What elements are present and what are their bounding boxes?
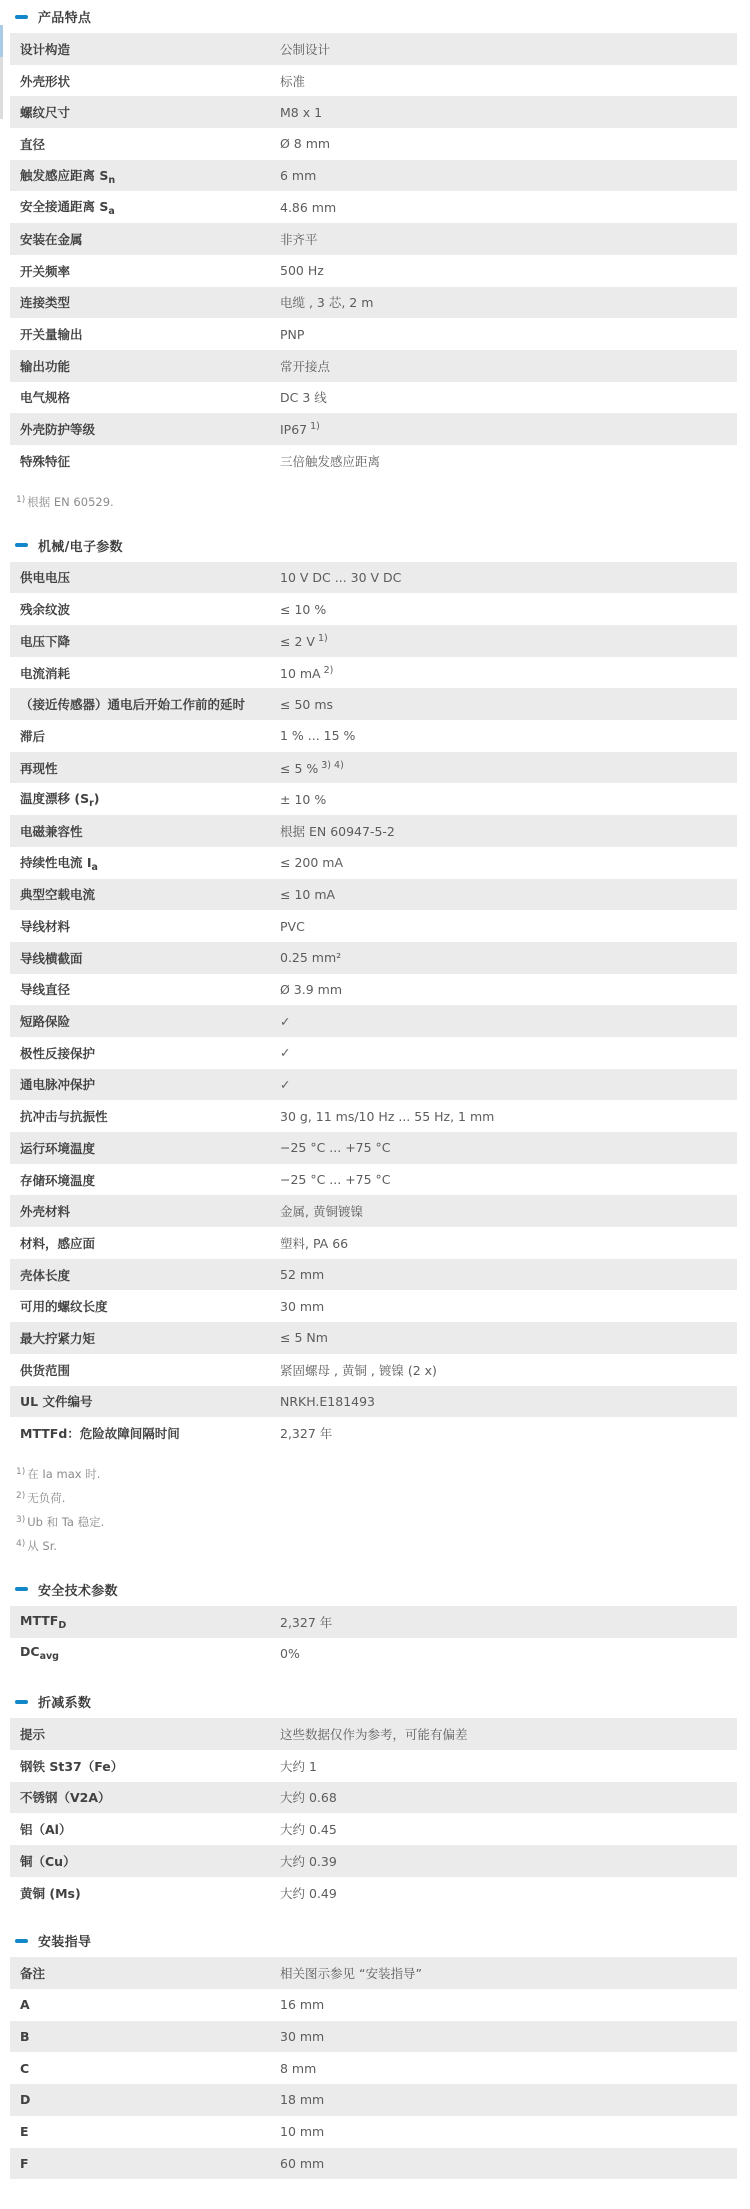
spec-value-text: ≤ 5 Nm bbox=[280, 1330, 328, 1345]
spec-label: 开关量输出 bbox=[10, 325, 280, 343]
spec-row: D18 mm bbox=[10, 2084, 737, 2116]
spec-label: 运行环境温度 bbox=[10, 1139, 280, 1157]
section-title: 安全技术参数 bbox=[38, 1580, 118, 1599]
spec-row: 导线材料PVC bbox=[10, 910, 737, 942]
spec-value-text: 30 g, 11 ms/10 Hz ... 55 Hz, 1 mm bbox=[280, 1109, 494, 1124]
spec-label-text: 设计构造 bbox=[20, 42, 70, 57]
spec-value-text: 16 mm bbox=[280, 1997, 324, 2012]
spec-value-text: 4.86 mm bbox=[280, 200, 336, 215]
spec-value-text: 大约 0.45 bbox=[280, 1822, 337, 1837]
spec-value-text: 2,327 年 bbox=[280, 1615, 332, 1630]
spec-value: 10 mm bbox=[280, 2124, 324, 2139]
spec-label: 短路保险 bbox=[10, 1012, 280, 1030]
spec-label: 残余纹波 bbox=[10, 600, 280, 618]
spec-label-text: D bbox=[20, 2092, 30, 2107]
spec-value-text: ≤ 10 % bbox=[280, 602, 326, 617]
spec-label-subscript: a bbox=[108, 206, 114, 217]
spec-row: 典型空载电流≤ 10 mA bbox=[10, 879, 737, 911]
spec-row: B30 mm bbox=[10, 2021, 737, 2053]
spec-value-footnote-ref: 1) bbox=[310, 421, 320, 432]
footnote-number: 3) bbox=[16, 1515, 25, 1525]
spec-value: 4.86 mm bbox=[280, 200, 336, 215]
spec-value-text: −25 °C ... +75 °C bbox=[280, 1140, 391, 1155]
spec-value-text: 大约 1 bbox=[280, 1759, 317, 1774]
spec-row: 提示这些数据仅作为参考，可能有偏差 bbox=[10, 1718, 737, 1750]
spec-label: A bbox=[10, 1997, 280, 2012]
spec-label-text: 铝（Al） bbox=[20, 1822, 71, 1837]
spec-label-text: 外壳防护等级 bbox=[20, 422, 95, 437]
spec-value: 金属, 黄铜镀镍 bbox=[280, 1202, 363, 1220]
spec-value-text: 60 mm bbox=[280, 2156, 324, 2171]
spec-row: （接近传感器）通电后开始工作前的延时≤ 50 ms bbox=[10, 688, 737, 720]
spec-label-text: 电气规格 bbox=[20, 390, 70, 405]
spec-label-text: 螺纹尺寸 bbox=[20, 105, 70, 120]
footnote-text: 无负荷. bbox=[27, 1491, 65, 1505]
spec-label-text: 输出功能 bbox=[20, 359, 70, 374]
section-header[interactable]: 折减系数 bbox=[10, 1689, 737, 1718]
spec-value: 标准 bbox=[280, 72, 305, 90]
spec-value: 三倍触发感应距离 bbox=[280, 452, 380, 470]
spec-section: 机械/电子参数供电电压10 V DC ... 30 V DC残余纹波≤ 10 %… bbox=[10, 533, 737, 1557]
spec-value-text: 500 Hz bbox=[280, 263, 324, 278]
spec-row: 外壳材料金属, 黄铜镀镍 bbox=[10, 1195, 737, 1227]
spec-label-text: 安全接通距离 S bbox=[20, 199, 108, 214]
spec-value: 500 Hz bbox=[280, 263, 324, 278]
footnote: 3)Ub 和 Ta 稳定. bbox=[16, 1509, 737, 1533]
section-footnotes: 1)在 Ia max 时.2)无负荷.3)Ub 和 Ta 稳定.4)从 Sr. bbox=[16, 1461, 737, 1557]
footnote-text: 从 Sr. bbox=[27, 1539, 57, 1553]
spec-label-text: 最大拧紧力矩 bbox=[20, 1331, 95, 1346]
spec-label-subscript: D bbox=[58, 1620, 66, 1631]
footnote: 1)根据 EN 60529. bbox=[16, 489, 737, 513]
spec-row: 触发感应距离 Sn6 mm bbox=[10, 160, 737, 192]
spec-value-text: 公制设计 bbox=[280, 42, 330, 57]
spec-value-text: 18 mm bbox=[280, 2092, 324, 2107]
spec-row: 黄铜 (Ms)大约 0.49 bbox=[10, 1877, 737, 1909]
spec-value: NRKH.E181493 bbox=[280, 1394, 375, 1409]
spec-label: 抗冲击与抗振性 bbox=[10, 1107, 280, 1125]
spec-row: 安装在金属非齐平 bbox=[10, 223, 737, 255]
spec-rows: MTTFD2,327 年DCavg0% bbox=[10, 1606, 737, 1669]
spec-label-text: C bbox=[20, 2061, 29, 2076]
spec-value: 这些数据仅作为参考，可能有偏差 bbox=[280, 1725, 468, 1743]
spec-label: E bbox=[10, 2124, 280, 2139]
spec-label-text: 开关频率 bbox=[20, 264, 70, 279]
spec-value: 公制设计 bbox=[280, 40, 330, 58]
spec-label: MTTFD bbox=[10, 1613, 280, 1631]
spec-label-text: 运行环境温度 bbox=[20, 1141, 95, 1156]
spec-label-subscript: a bbox=[92, 862, 98, 873]
spec-label-text: 极性反接保护 bbox=[20, 1046, 95, 1061]
spec-label-text: 铜（Cu） bbox=[20, 1854, 76, 1869]
spec-value: 塑料, PA 66 bbox=[280, 1234, 348, 1252]
spec-value-text: 标准 bbox=[280, 74, 305, 89]
spec-value: 2,327 年 bbox=[280, 1424, 332, 1442]
spec-label-text-post: ) bbox=[94, 791, 100, 806]
spec-row: 运行环境温度−25 °C ... +75 °C bbox=[10, 1132, 737, 1164]
spec-label-text: E bbox=[20, 2124, 29, 2139]
footnote-text: 根据 EN 60529. bbox=[27, 495, 113, 509]
spec-label: 输出功能 bbox=[10, 357, 280, 375]
spec-label-text: 钢铁 St37（Fe） bbox=[20, 1759, 123, 1774]
spec-label-text: A bbox=[20, 1997, 30, 2012]
spec-value: 0.25 mm² bbox=[280, 950, 341, 965]
section-header[interactable]: 产品特点 bbox=[10, 4, 737, 33]
spec-row: 电气规格DC 3 线 bbox=[10, 382, 737, 414]
spec-value: ≤ 10 % bbox=[280, 602, 326, 617]
footnote: 2)无负荷. bbox=[16, 1485, 737, 1509]
left-edge-strip bbox=[0, 25, 3, 119]
spec-label-text: 抗冲击与抗振性 bbox=[20, 1109, 108, 1124]
spec-value-footnote-ref: 1) bbox=[318, 633, 328, 644]
spec-row: 最大拧紧力矩≤ 5 Nm bbox=[10, 1322, 737, 1354]
spec-label-subscript: n bbox=[108, 175, 115, 186]
left-edge-strip-blue bbox=[0, 25, 3, 57]
spec-value: 大约 0.45 bbox=[280, 1820, 337, 1838]
section-header[interactable]: 安装指导 bbox=[10, 1928, 737, 1957]
spec-label: 安全接通距离 Sa bbox=[10, 197, 280, 217]
spec-label: 典型空载电流 bbox=[10, 885, 280, 903]
spec-value-text: 2,327 年 bbox=[280, 1426, 332, 1441]
spec-value-text: 30 mm bbox=[280, 1299, 324, 1314]
spec-value-text: ✓ bbox=[280, 1045, 290, 1060]
spec-row: 抗冲击与抗振性30 g, 11 ms/10 Hz ... 55 Hz, 1 mm bbox=[10, 1100, 737, 1132]
spec-row: C8 mm bbox=[10, 2052, 737, 2084]
spec-label: （接近传感器）通电后开始工作前的延时 bbox=[10, 695, 280, 713]
spec-label: 导线横截面 bbox=[10, 949, 280, 967]
spec-row: 供货范围紧固螺母 , 黄铜 , 镀镍 (2 x) bbox=[10, 1354, 737, 1386]
spec-value-text: ✓ bbox=[280, 1014, 290, 1029]
collapse-minus-icon[interactable] bbox=[15, 1939, 28, 1943]
spec-row: 备注相关图示参见 “安装指导” bbox=[10, 1957, 737, 1989]
spec-value: PNP bbox=[280, 327, 304, 342]
spec-value: 16 mm bbox=[280, 1997, 324, 2012]
spec-value: 紧固螺母 , 黄铜 , 镀镍 (2 x) bbox=[280, 1361, 437, 1379]
spec-value: M8 x 1 bbox=[280, 105, 322, 120]
spec-value-text: PNP bbox=[280, 327, 304, 342]
footnote-text: Ub 和 Ta 稳定. bbox=[27, 1515, 104, 1529]
spec-row: 滞后1 % ... 15 % bbox=[10, 720, 737, 752]
spec-row: 螺纹尺寸M8 x 1 bbox=[10, 96, 737, 128]
spec-label-text: B bbox=[20, 2029, 30, 2044]
spec-label-text: 持续性电流 I bbox=[20, 855, 92, 870]
collapse-minus-icon[interactable] bbox=[15, 543, 28, 547]
spec-row: 开关量输出PNP bbox=[10, 318, 737, 350]
spec-label-text: 直径 bbox=[20, 137, 45, 152]
spec-label: 螺纹尺寸 bbox=[10, 103, 280, 121]
spec-label: 设计构造 bbox=[10, 40, 280, 58]
spec-label-text: 外壳材料 bbox=[20, 1204, 70, 1219]
spec-value-text: ≤ 50 ms bbox=[280, 697, 333, 712]
spec-value-text: 金属, 黄铜镀镍 bbox=[280, 1204, 363, 1219]
spec-row: E10 mm bbox=[10, 2116, 737, 2148]
spec-value: Ø 3.9 mm bbox=[280, 982, 342, 997]
spec-label: 开关频率 bbox=[10, 262, 280, 280]
spec-label-text: 电流消耗 bbox=[20, 666, 70, 681]
spec-row: 导线直径Ø 3.9 mm bbox=[10, 974, 737, 1006]
spec-label-text: 特殊特征 bbox=[20, 454, 70, 469]
spec-row: 极性反接保护✓ bbox=[10, 1037, 737, 1069]
spec-value: 大约 0.49 bbox=[280, 1884, 337, 1902]
spec-label: 钢铁 St37（Fe） bbox=[10, 1757, 280, 1775]
left-edge-strip-gray bbox=[0, 57, 3, 119]
spec-row: 持续性电流 Ia≤ 200 mA bbox=[10, 847, 737, 879]
spec-value-text: 大约 0.68 bbox=[280, 1790, 337, 1805]
spec-value-text: 大约 0.39 bbox=[280, 1854, 337, 1869]
spec-value: 10 mA2) bbox=[280, 665, 333, 681]
spec-value-text: 52 mm bbox=[280, 1267, 324, 1282]
spec-row: 可用的螺纹长度30 mm bbox=[10, 1290, 737, 1322]
spec-value-text: ✓ bbox=[280, 1077, 290, 1092]
collapse-minus-icon[interactable] bbox=[15, 1587, 28, 1591]
spec-row: MTTFd：危险故障间隔时间2,327 年 bbox=[10, 1417, 737, 1449]
spec-row: 存储环境温度−25 °C ... +75 °C bbox=[10, 1164, 737, 1196]
spec-row: 残余纹波≤ 10 % bbox=[10, 593, 737, 625]
spec-row: A16 mm bbox=[10, 1989, 737, 2021]
spec-value: ≤ 10 mA bbox=[280, 887, 335, 902]
spec-value-text: ≤ 10 mA bbox=[280, 887, 335, 902]
section-title: 产品特点 bbox=[38, 7, 91, 26]
spec-label: MTTFd：危险故障间隔时间 bbox=[10, 1424, 280, 1442]
spec-value: 30 g, 11 ms/10 Hz ... 55 Hz, 1 mm bbox=[280, 1109, 494, 1124]
spec-label: 外壳防护等级 bbox=[10, 420, 280, 438]
spec-value: ± 10 % bbox=[280, 792, 326, 807]
spec-value-text: NRKH.E181493 bbox=[280, 1394, 375, 1409]
spec-label: 导线材料 bbox=[10, 917, 280, 935]
spec-row: 连接类型电缆 , 3 芯, 2 m bbox=[10, 287, 737, 319]
spec-label: D bbox=[10, 2092, 280, 2107]
spec-row: 再现性≤ 5 %3) 4) bbox=[10, 752, 737, 784]
spec-value-text: 30 mm bbox=[280, 2029, 324, 2044]
spec-value-text: DC 3 线 bbox=[280, 390, 327, 405]
spec-label: 再现性 bbox=[10, 759, 280, 777]
spec-value: 大约 0.39 bbox=[280, 1852, 337, 1870]
spec-value-text: IP67 bbox=[280, 422, 307, 437]
spec-row: 铝（Al）大约 0.45 bbox=[10, 1813, 737, 1845]
spec-label: 持续性电流 Ia bbox=[10, 853, 280, 873]
spec-value: 相关图示参见 “安装指导” bbox=[280, 1964, 422, 1982]
technical-data-page: 产品特点设计构造公制设计外壳形状标准螺纹尺寸M8 x 1直径Ø 8 mm触发感应… bbox=[0, 0, 750, 2209]
spec-value-text: 8 mm bbox=[280, 2061, 316, 2076]
section-title: 安装指导 bbox=[38, 1931, 91, 1950]
spec-label-text: 存储环境温度 bbox=[20, 1173, 95, 1188]
collapse-minus-icon[interactable] bbox=[15, 1700, 28, 1704]
footnote: 1)在 Ia max 时. bbox=[16, 1461, 737, 1485]
spec-row: 供电电压10 V DC ... 30 V DC bbox=[10, 562, 737, 594]
spec-row: 铜（Cu）大约 0.39 bbox=[10, 1845, 737, 1877]
spec-label-text: 安装在金属 bbox=[20, 232, 83, 247]
footnote-number: 1) bbox=[16, 1467, 25, 1477]
spec-value: 10 V DC ... 30 V DC bbox=[280, 570, 401, 585]
spec-row: 温度漂移 (Sr)± 10 % bbox=[10, 783, 737, 815]
spec-value: 非齐平 bbox=[280, 230, 318, 248]
spec-label: 最大拧紧力矩 bbox=[10, 1329, 280, 1347]
spec-value-text: 根据 EN 60947-5-2 bbox=[280, 824, 395, 839]
spec-row: 外壳形状标准 bbox=[10, 65, 737, 97]
spec-label: 直径 bbox=[10, 135, 280, 153]
spec-label: 备注 bbox=[10, 1964, 280, 1982]
spec-row: UL 文件编号NRKH.E181493 bbox=[10, 1386, 737, 1418]
spec-row: 设计构造公制设计 bbox=[10, 33, 737, 65]
spec-label-text: 供电电压 bbox=[20, 570, 70, 585]
spec-value: ≤ 5 Nm bbox=[280, 1330, 328, 1345]
footnote-number: 4) bbox=[16, 1539, 25, 1549]
spec-value: DC 3 线 bbox=[280, 388, 327, 406]
spec-value: ✓ bbox=[280, 1014, 290, 1029]
spec-value: −25 °C ... +75 °C bbox=[280, 1172, 391, 1187]
spec-label-text: MTTF bbox=[20, 1613, 58, 1628]
spec-label: 极性反接保护 bbox=[10, 1044, 280, 1062]
spec-rows: 设计构造公制设计外壳形状标准螺纹尺寸M8 x 1直径Ø 8 mm触发感应距离 S… bbox=[10, 33, 737, 477]
footnote: 4)从 Sr. bbox=[16, 1533, 737, 1557]
spec-value: Ø 8 mm bbox=[280, 136, 330, 151]
spec-value-footnote-ref: 3) 4) bbox=[321, 760, 344, 771]
section-header[interactable]: 机械/电子参数 bbox=[10, 533, 737, 562]
spec-label: 存储环境温度 bbox=[10, 1171, 280, 1189]
spec-label: 通电脉冲保护 bbox=[10, 1075, 280, 1093]
spec-row: 安全接通距离 Sa4.86 mm bbox=[10, 191, 737, 223]
spec-value-text: Ø 8 mm bbox=[280, 136, 330, 151]
spec-label: 壳体长度 bbox=[10, 1266, 280, 1284]
spec-label: 电压下降 bbox=[10, 632, 280, 650]
footnote-text: 在 Ia max 时. bbox=[27, 1467, 100, 1481]
spec-value: 常开接点 bbox=[280, 357, 330, 375]
spec-value: 大约 1 bbox=[280, 1757, 317, 1775]
spec-value: ✓ bbox=[280, 1045, 290, 1060]
collapse-minus-icon[interactable] bbox=[15, 15, 28, 19]
spec-label-text: UL 文件编号 bbox=[20, 1394, 92, 1409]
spec-value-text: 紧固螺母 , 黄铜 , 镀镍 (2 x) bbox=[280, 1363, 437, 1378]
spec-label-text: 开关量输出 bbox=[20, 327, 83, 342]
spec-label: UL 文件编号 bbox=[10, 1392, 280, 1410]
spec-label: 特殊特征 bbox=[10, 452, 280, 470]
spec-label-text: 通电脉冲保护 bbox=[20, 1077, 95, 1092]
spec-label: 提示 bbox=[10, 1725, 280, 1743]
spec-label: 安装在金属 bbox=[10, 230, 280, 248]
spec-value-text: 这些数据仅作为参考，可能有偏差 bbox=[280, 1727, 468, 1742]
spec-value-text: ≤ 200 mA bbox=[280, 855, 343, 870]
spec-value-text: 三倍触发感应距离 bbox=[280, 454, 380, 469]
spec-label-text: 再现性 bbox=[20, 761, 58, 776]
spec-row: F60 mm bbox=[10, 2148, 737, 2180]
spec-value-text: 0% bbox=[280, 1646, 300, 1661]
spec-label: 触发感应距离 Sn bbox=[10, 166, 280, 186]
spec-value-text: Ø 3.9 mm bbox=[280, 982, 342, 997]
spec-label-text: 电磁兼容性 bbox=[20, 824, 83, 839]
spec-label-text: 导线横截面 bbox=[20, 951, 83, 966]
spec-section: 安全技术参数MTTFD2,327 年DCavg0% bbox=[10, 1577, 737, 1669]
spec-row: 外壳防护等级IP671) bbox=[10, 413, 737, 445]
spec-value-text: ≤ 2 V bbox=[280, 634, 315, 649]
spec-label-text: 导线直径 bbox=[20, 982, 70, 997]
spec-label-text: 可用的螺纹长度 bbox=[20, 1299, 108, 1314]
spec-label-text: 壳体长度 bbox=[20, 1268, 70, 1283]
spec-value: 0% bbox=[280, 1646, 300, 1661]
spec-sections: 产品特点设计构造公制设计外壳形状标准螺纹尺寸M8 x 1直径Ø 8 mm触发感应… bbox=[10, 4, 737, 2179]
spec-value: 30 mm bbox=[280, 2029, 324, 2044]
section-title: 机械/电子参数 bbox=[38, 536, 123, 555]
spec-label-text: 温度漂移 (S bbox=[20, 791, 89, 806]
spec-label-subscript: avg bbox=[40, 1651, 59, 1662]
spec-label-text: 供货范围 bbox=[20, 1363, 70, 1378]
spec-value: 电缆 , 3 芯, 2 m bbox=[280, 293, 373, 311]
spec-label: 不锈钢（V2A） bbox=[10, 1788, 280, 1806]
spec-row: 电流消耗10 mA2) bbox=[10, 657, 737, 689]
spec-value: 根据 EN 60947-5-2 bbox=[280, 822, 395, 840]
spec-label: 材料，感应面 bbox=[10, 1234, 280, 1252]
section-footnotes: 1)根据 EN 60529. bbox=[16, 489, 737, 513]
spec-label: 可用的螺纹长度 bbox=[10, 1297, 280, 1315]
spec-label-text: MTTFd：危险故障间隔时间 bbox=[20, 1426, 180, 1441]
spec-label: 黄铜 (Ms) bbox=[10, 1884, 280, 1902]
spec-row: 导线横截面0.25 mm² bbox=[10, 942, 737, 974]
spec-label: 滞后 bbox=[10, 727, 280, 745]
spec-value-text: M8 x 1 bbox=[280, 105, 322, 120]
spec-row: 不锈钢（V2A）大约 0.68 bbox=[10, 1782, 737, 1814]
spec-label-text: 短路保险 bbox=[20, 1014, 70, 1029]
spec-value: 2,327 年 bbox=[280, 1613, 332, 1631]
spec-section: 安装指导备注相关图示参见 “安装指导”A16 mmB30 mmC8 mmD18 … bbox=[10, 1928, 737, 2179]
spec-label: 铝（Al） bbox=[10, 1820, 280, 1838]
spec-value: ≤ 5 %3) 4) bbox=[280, 760, 344, 776]
spec-label-text: F bbox=[20, 2156, 29, 2171]
spec-row: 电压下降≤ 2 V1) bbox=[10, 625, 737, 657]
spec-label-text: 不锈钢（V2A） bbox=[20, 1790, 111, 1805]
spec-row: 钢铁 St37（Fe）大约 1 bbox=[10, 1750, 737, 1782]
spec-value: ≤ 50 ms bbox=[280, 697, 333, 712]
spec-value: 1 % ... 15 % bbox=[280, 728, 355, 743]
spec-row: 开关频率500 Hz bbox=[10, 255, 737, 287]
section-header[interactable]: 安全技术参数 bbox=[10, 1577, 737, 1606]
spec-row: 短路保险✓ bbox=[10, 1005, 737, 1037]
spec-label-text: 连接类型 bbox=[20, 295, 70, 310]
spec-label: F bbox=[10, 2156, 280, 2171]
spec-label-text: 残余纹波 bbox=[20, 602, 70, 617]
spec-label-text: DC bbox=[20, 1644, 40, 1659]
spec-value: 30 mm bbox=[280, 1299, 324, 1314]
spec-label: 连接类型 bbox=[10, 293, 280, 311]
spec-value-text: ± 10 % bbox=[280, 792, 326, 807]
spec-label-text: 备注 bbox=[20, 1966, 45, 1981]
spec-value: 18 mm bbox=[280, 2092, 324, 2107]
spec-value: ✓ bbox=[280, 1077, 290, 1092]
spec-rows: 备注相关图示参见 “安装指导”A16 mmB30 mmC8 mmD18 mmE1… bbox=[10, 1957, 737, 2179]
spec-label: 供电电压 bbox=[10, 568, 280, 586]
spec-label: 外壳形状 bbox=[10, 72, 280, 90]
spec-label-text: 导线材料 bbox=[20, 919, 70, 934]
spec-value: −25 °C ... +75 °C bbox=[280, 1140, 391, 1155]
spec-value: 8 mm bbox=[280, 2061, 316, 2076]
spec-label: 电流消耗 bbox=[10, 664, 280, 682]
footnote-number: 1) bbox=[16, 495, 25, 505]
spec-value-text: 10 mm bbox=[280, 2124, 324, 2139]
spec-value-text: 10 V DC ... 30 V DC bbox=[280, 570, 401, 585]
spec-row: 输出功能常开接点 bbox=[10, 350, 737, 382]
spec-label-text: 滞后 bbox=[20, 729, 45, 744]
spec-row: MTTFD2,327 年 bbox=[10, 1606, 737, 1638]
footnote-number: 2) bbox=[16, 1491, 25, 1501]
spec-row: 特殊特征三倍触发感应距离 bbox=[10, 445, 737, 477]
spec-value: 52 mm bbox=[280, 1267, 324, 1282]
spec-value-text: 常开接点 bbox=[280, 359, 330, 374]
spec-label: DCavg bbox=[10, 1644, 280, 1662]
spec-rows: 供电电压10 V DC ... 30 V DC残余纹波≤ 10 %电压下降≤ 2… bbox=[10, 562, 737, 1449]
spec-value-text: 非齐平 bbox=[280, 232, 318, 247]
spec-label-text: 材料，感应面 bbox=[20, 1236, 95, 1251]
spec-row: 壳体长度52 mm bbox=[10, 1259, 737, 1291]
spec-label: 供货范围 bbox=[10, 1361, 280, 1379]
spec-label: 电气规格 bbox=[10, 388, 280, 406]
